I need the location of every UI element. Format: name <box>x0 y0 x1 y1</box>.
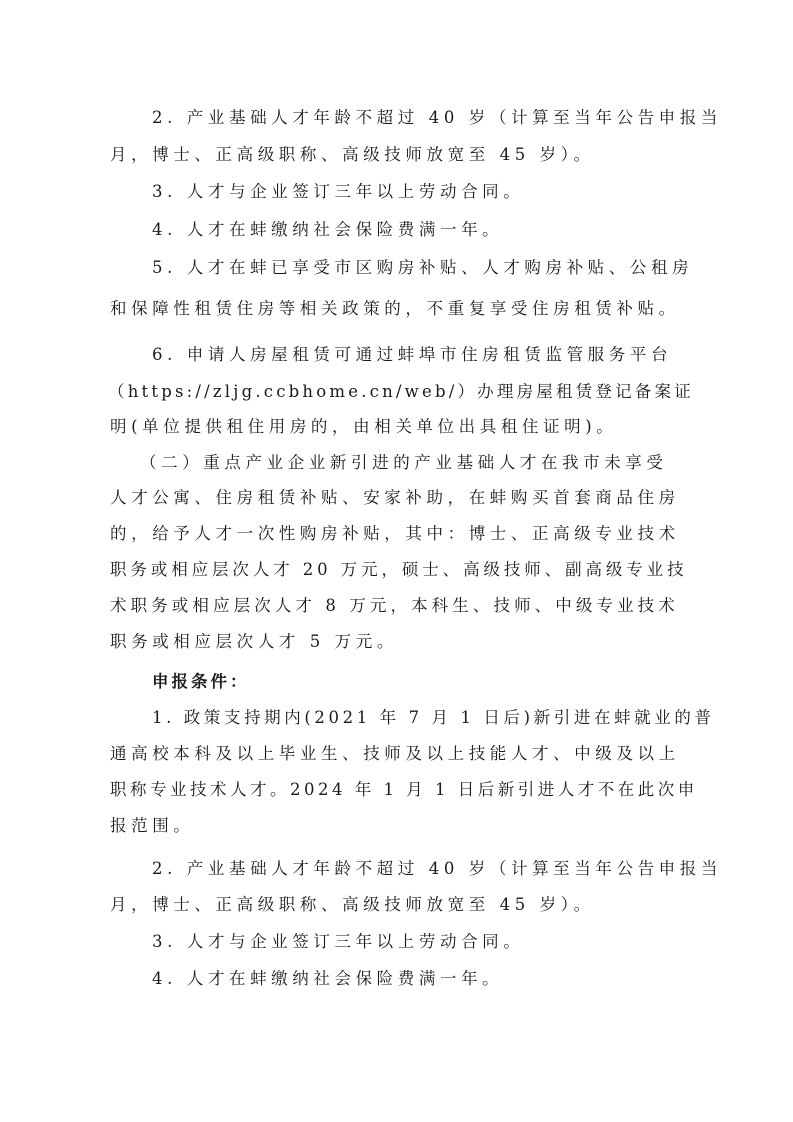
paragraph-a5-line2: 和保障性租赁住房等相关政策的，不重复享受住房租赁补贴。 <box>110 297 680 321</box>
paragraph-b-line1: （二）重点产业企业新引进的产业基础人才在我市未享受 <box>140 451 668 475</box>
paragraph-b-line2: 人才公寓、住房租赁补贴、安家补助，在蚌购买首套商品住房 <box>110 486 680 510</box>
paragraph-b-line5: 术职务或相应层次人才 8 万元，本科生、技师、中级专业技术 <box>110 594 679 618</box>
paragraph-b-line6: 职务或相应层次人才 5 万元。 <box>110 630 398 654</box>
paragraph-a2-line2: 月，博士、正高级职称、高级技师放宽至 45 岁）。 <box>110 143 595 167</box>
condition-1-line4: 报范围。 <box>110 814 194 838</box>
condition-4: 4. 人才在蚌缴纳社会保险费满一年。 <box>152 967 503 991</box>
condition-2-line2: 月，博士、正高级职称、高级技师放宽至 45 岁）。 <box>110 893 595 917</box>
paragraph-b-line4: 职务或相应层次人才 20 万元，硕士、高级技师、副高级专业技 <box>110 558 688 582</box>
paragraph-a4: 4. 人才在蚌缴纳社会保险费满一年。 <box>152 218 503 242</box>
paragraph-a6-line1: 6. 申请人房屋租赁可通过蚌埠市住房租赁监管服务平台 <box>152 343 672 367</box>
condition-1-line1: 1. 政策支持期内(2021 年 7 月 1 日后)新引进在蚌就业的普 <box>152 706 715 730</box>
conditions-heading: 申报条件： <box>152 670 250 694</box>
paragraph-a3: 3. 人才与企业签订三年以上劳动合同。 <box>152 180 524 204</box>
paragraph-a6-line3: 明(单位提供租住用房的，由相关单位出具租住证明)。 <box>110 415 617 439</box>
condition-3: 3. 人才与企业签订三年以上劳动合同。 <box>152 930 524 954</box>
paragraph-a6-line2-url: （https://zljg.ccbhome.cn/web/）办理房屋租赁登记备案… <box>108 380 694 404</box>
paragraph-a2-line1: 2. 产业基础人才年龄不超过 40 岁（计算至当年公告申报当 <box>152 106 722 130</box>
paragraph-b-line3: 的，给予人才一次性购房补贴，其中：博士、正高级专业技术 <box>110 522 680 546</box>
condition-2-line1: 2. 产业基础人才年龄不超过 40 岁（计算至当年公告申报当 <box>152 857 722 881</box>
paragraph-a5-line1: 5. 人才在蚌已享受市区购房补贴、人才购房补贴、公租房 <box>152 256 693 280</box>
condition-1-line2: 通高校本科及以上毕业生、技师及以上技能人才、中级及以上 <box>110 742 680 766</box>
condition-1-line3: 职称专业技术人才。2024 年 1 月 1 日后新引进人才不在此次申 <box>110 778 698 802</box>
document-page: 2. 产业基础人才年龄不超过 40 岁（计算至当年公告申报当 月，博士、正高级职… <box>0 0 793 1122</box>
